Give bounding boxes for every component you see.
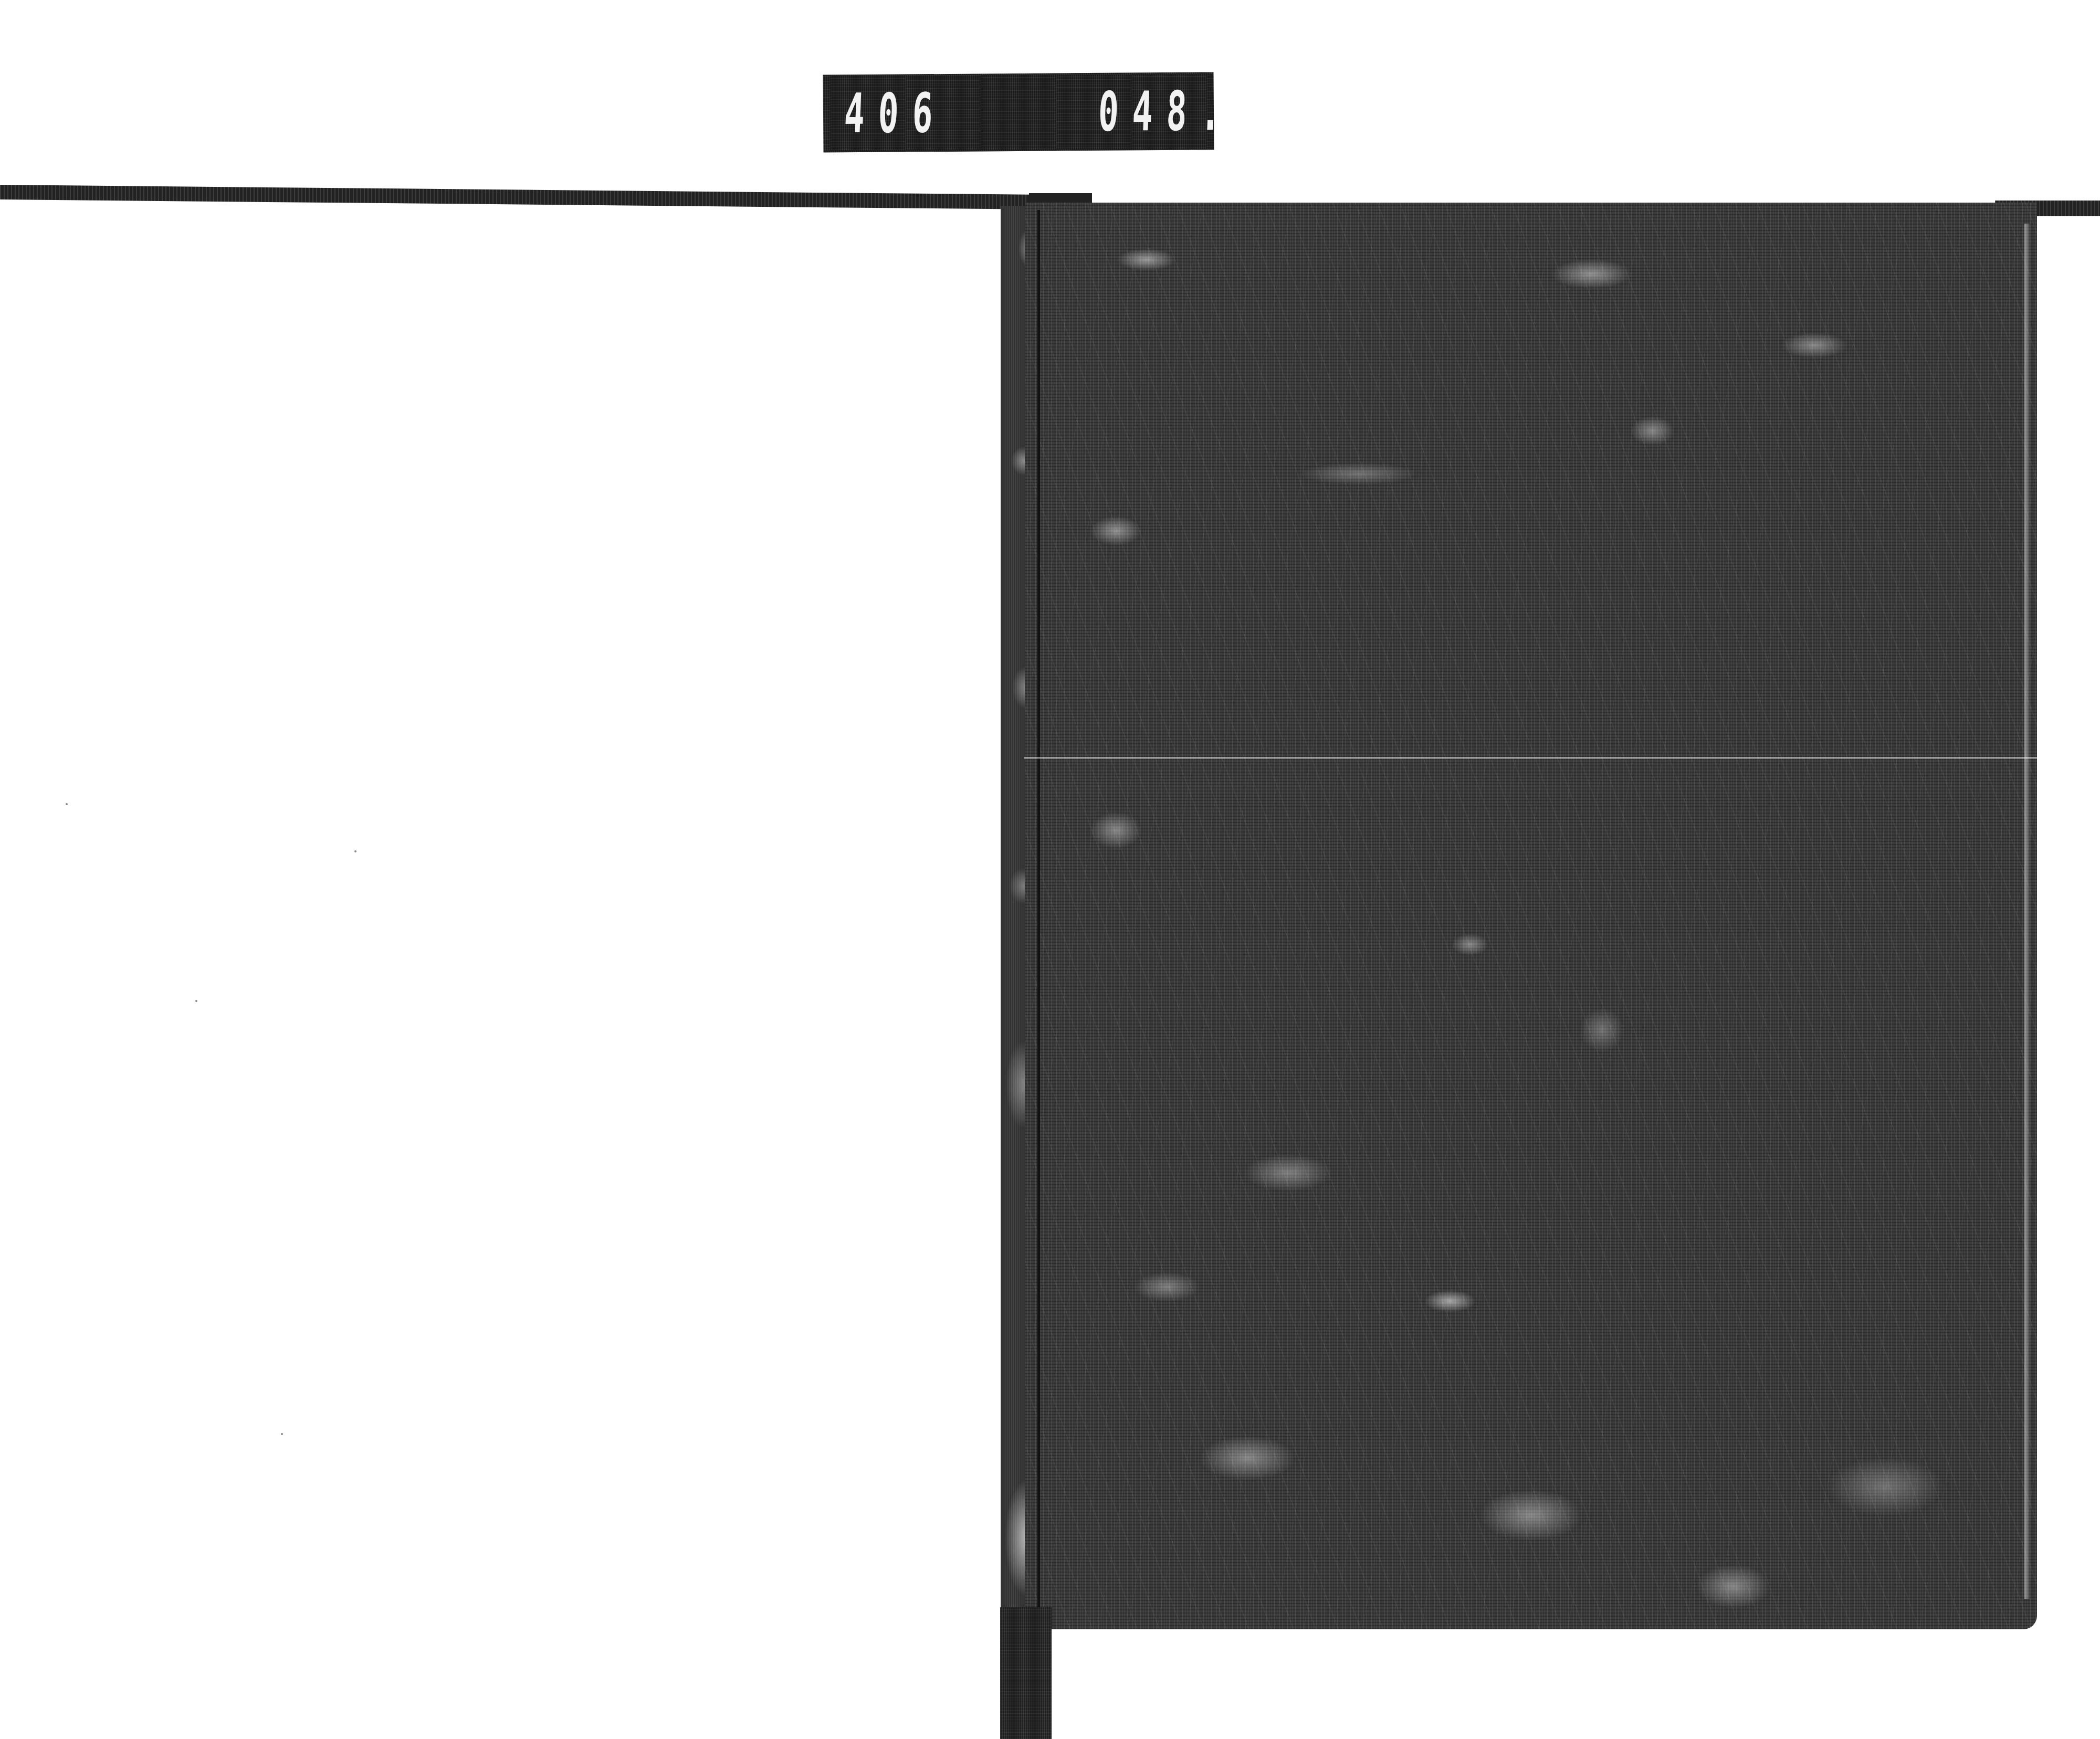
book-cover [1025,203,2037,1629]
spine-stitch-line [1037,210,1040,1617]
dust-speck [354,850,356,852]
bottom-dark-strip [1000,1607,1052,1739]
scan-scratch-line [1024,757,2037,758]
frame-number: 048. [1097,83,1235,139]
reel-number: 406 [843,86,947,141]
blank-page-area [0,205,997,1739]
dust-speck [281,1433,283,1435]
dust-speck [195,1000,197,1002]
dust-speck [66,803,68,805]
frame-label: 406 048. [823,72,1214,152]
